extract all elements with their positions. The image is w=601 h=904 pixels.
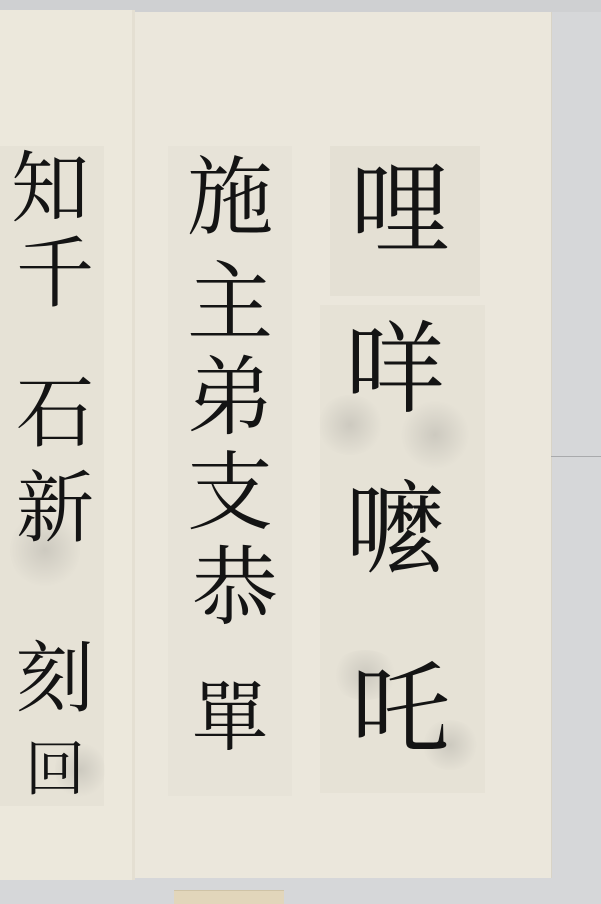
character: 哩 <box>335 160 465 260</box>
character: 知 <box>0 150 100 228</box>
bookmark-tab <box>174 890 284 904</box>
character: 恭 <box>180 545 290 631</box>
character: 支 <box>180 450 280 536</box>
character: 主 <box>180 260 280 346</box>
character: 刻 <box>5 640 105 718</box>
page-fold <box>132 10 135 880</box>
character: 單 <box>185 680 275 756</box>
character: 千 <box>10 235 100 313</box>
character: 回 <box>20 740 90 800</box>
character: 新 <box>5 470 105 548</box>
character: 嚒 <box>325 480 465 580</box>
character: 咩 <box>325 320 465 420</box>
character: 吒 <box>330 660 470 760</box>
character: 施 <box>170 155 290 241</box>
background-edge-line <box>551 456 601 457</box>
character: 弟 <box>180 355 280 441</box>
character: 石 <box>10 375 100 453</box>
